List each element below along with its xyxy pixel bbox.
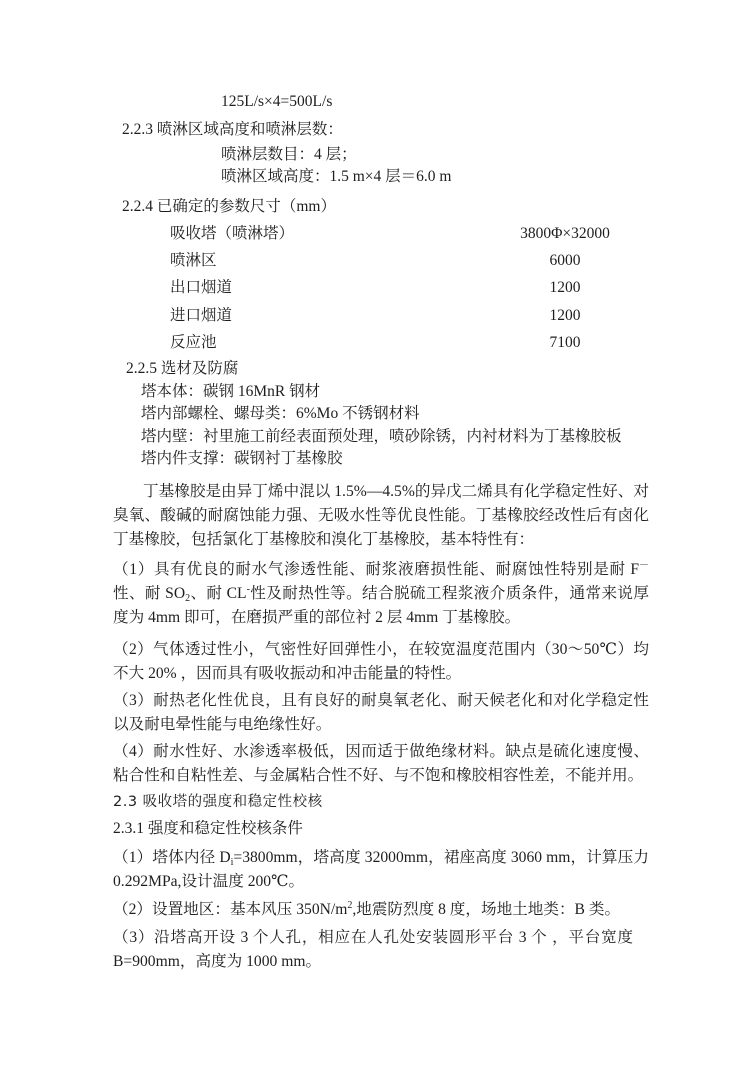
rubber-intro-paragraph: 丁基橡胶是由异丁烯中混以 1.5%—4.5%的异戊二烯具有化学稳定性好、对臭氧、… [113, 480, 649, 552]
row-value: 1200 [480, 278, 650, 298]
row-label: 反应池 [170, 333, 217, 353]
rubber-property-1: （1）具有优良的耐水气渗透性能、耐浆液磨损性能、耐腐蚀性特别是耐 F－ 性、耐 … [113, 558, 649, 630]
condition-3: （3）沿塔高开设 3 个人孔，相应在人孔处安装圆形平台 3 个 ，平台宽度 B=… [113, 926, 633, 974]
condition-2: （2）设置地区：基本风压 350N/m2,地震防烈度 8 度，场地土地类：B 类… [113, 898, 649, 922]
section-heading-2-2-4: 2.2.4 已确定的参数尺寸（mm） [122, 197, 336, 217]
row-value: 7100 [480, 333, 650, 353]
section-heading-2-2-3: 2.2.3 喷淋区域高度和喷淋层数： [122, 120, 343, 140]
rubber-property-4: （4）耐水性好、水渗透率极低，因而适于做绝缘材料。缺点是硫化速度慢、粘合性和自粘… [113, 740, 649, 788]
text-run: 性、耐 SO [113, 585, 185, 602]
row-label: 进口烟道 [170, 306, 232, 326]
row-value: 1200 [480, 306, 650, 326]
text-run: 、耐 CL [190, 585, 247, 602]
section-heading-2-3-1: 2.3.1 强度和稳定性校核条件 [113, 819, 303, 839]
material-item: 塔本体：碳钢 16MnR 钢材 [141, 382, 320, 402]
row-label: 喷淋区 [170, 251, 217, 271]
flow-formula: 125L/s×4=500L/s [221, 92, 332, 112]
row-value: 3800Φ×32000 [480, 224, 650, 244]
text-run: ,地震防烈度 8 度，场地土地类：B 类。 [352, 901, 620, 918]
text-run: （1）具有优良的耐水气渗透性能、耐浆液磨损性能、耐腐蚀性特别是耐 F [113, 561, 639, 578]
rubber-property-2: （2）气体透过性小，气密性好回弹性小，在较宽温度范围内（30～50℃）均不大 2… [113, 638, 649, 686]
material-item: 塔内壁：衬里施工前经表面预处理，喷砂除锈，内衬材料为丁基橡胶板 [141, 427, 622, 447]
row-label: 吸收塔（喷淋塔） [170, 224, 294, 244]
spray-height: 喷淋区域高度：1.5 m×4 层＝6.0 m [221, 167, 451, 187]
section-heading-2-2-5: 2.2.5 选材及防腐 [126, 359, 238, 379]
material-item: 塔内部螺栓、螺母类：6%Mo 不锈钢材料 [141, 404, 420, 424]
text-run: （2）设置地区：基本风压 350N/m [113, 901, 347, 918]
rubber-property-3: （3）耐热老化性优良，且有良好的耐臭氧老化、耐天候老化和对化学稳定性以及耐电晕性… [113, 689, 649, 737]
superscript: － [639, 560, 649, 571]
row-label: 出口烟道 [170, 278, 232, 298]
condition-1: （1）塔体内径 Di=3800mm，塔高度 32000mm，裙座高度 3060 … [113, 846, 649, 894]
material-item: 塔内件支撑：碳钢衬丁基橡胶 [141, 449, 343, 469]
spray-layers: 喷淋层数目：4 层； [221, 145, 357, 165]
text-run: （1）塔体内径 D [113, 849, 231, 866]
section-heading-2-3: 2.3 吸收塔的强度和稳定性校核 [113, 792, 323, 812]
row-value: 6000 [480, 251, 650, 271]
